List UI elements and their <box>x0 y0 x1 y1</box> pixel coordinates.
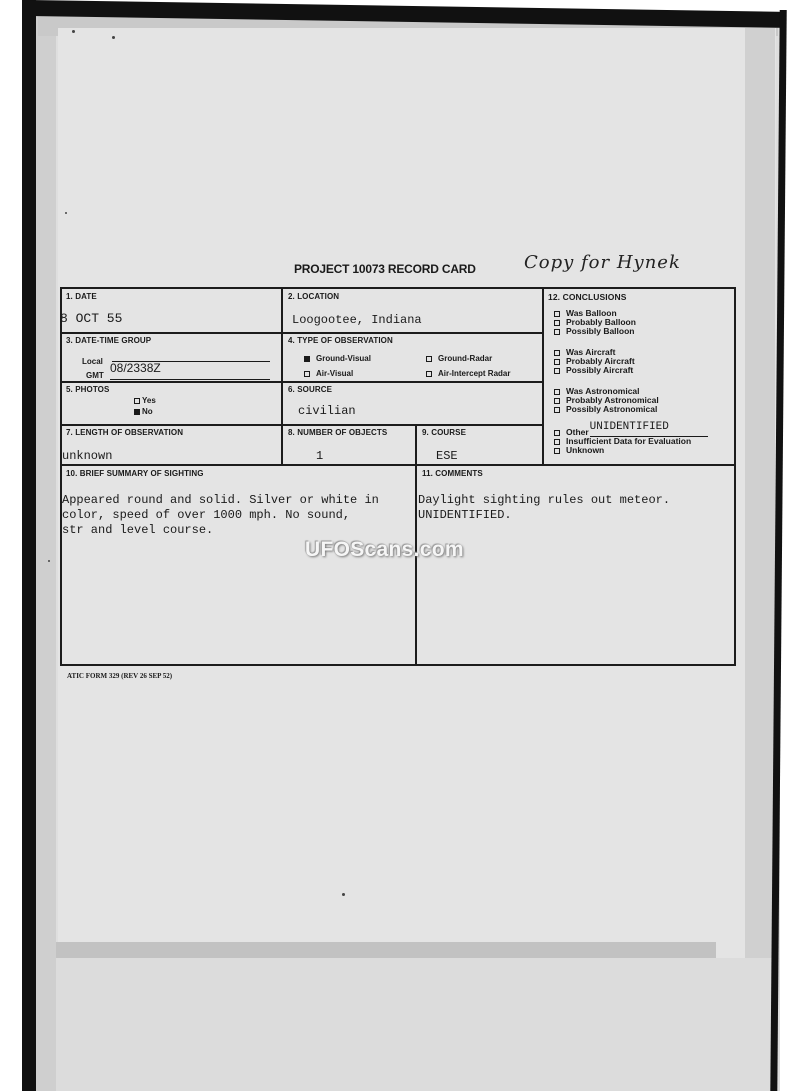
paper-shadow-right <box>745 28 775 968</box>
comments-label: 11. COMMENTS <box>422 469 732 478</box>
checkbox-icon[interactable] <box>554 448 560 454</box>
gmt-row: GMT 08/2338Z <box>86 365 276 381</box>
checkbox-icon[interactable] <box>554 368 560 374</box>
option-air-intercept-radar[interactable]: Air-Intercept Radar <box>426 369 510 378</box>
divider <box>281 289 283 465</box>
comments-text: Daylight sighting rules out meteor. UNID… <box>418 493 732 523</box>
divider <box>62 424 544 426</box>
length-of-observation-value: unknown <box>62 449 183 463</box>
date-time-group-label: 3. DATE-TIME GROUP <box>66 336 276 345</box>
course-field: 9. COURSE ESE <box>422 428 466 463</box>
photos-label: 5. PHOTOS <box>66 385 276 394</box>
checkbox-icon[interactable] <box>554 329 560 335</box>
divider <box>62 332 544 334</box>
date-time-group-field: 3. DATE-TIME GROUP Local GMT 08/2338Z <box>66 336 276 381</box>
checkbox-icon[interactable] <box>426 371 432 377</box>
option-possibly-aircraft[interactable]: Possibly Aircraft <box>554 366 633 375</box>
record-card: 1. DATE 8 OCT 55 2. LOCATION Loogootee, … <box>60 287 736 666</box>
watermark: UFOScans.com <box>305 538 464 562</box>
speck <box>48 560 50 562</box>
brief-summary-text: Appeared round and solid. Silver or whit… <box>62 493 411 538</box>
paper-shadow-bottom <box>56 942 716 958</box>
summary-line: str and level course. <box>62 523 411 538</box>
location-field: 2. LOCATION Loogootee, Indiana <box>288 292 422 327</box>
divider <box>62 464 736 466</box>
number-of-objects-value: 1 <box>316 449 387 463</box>
page-title: PROJECT 10073 RECORD CARD <box>294 262 476 276</box>
brief-summary-label: 10. BRIEF SUMMARY OF SIGHTING <box>66 469 411 478</box>
type-of-observation-label: 4. TYPE OF OBSERVATION <box>288 336 538 345</box>
course-value: ESE <box>436 449 466 463</box>
comments-field: 11. COMMENTS Daylight sighting rules out… <box>422 469 732 523</box>
speck <box>342 893 345 896</box>
course-label: 9. COURSE <box>422 428 466 437</box>
comment-line: Daylight sighting rules out meteor. <box>418 493 732 508</box>
checkbox-icon[interactable] <box>426 356 432 362</box>
checkbox-checked-icon[interactable] <box>304 356 310 362</box>
checkbox-icon[interactable] <box>554 439 560 445</box>
option-ground-visual[interactable]: Ground-Visual <box>304 354 371 363</box>
date-value: 8 OCT 55 <box>60 311 122 326</box>
checkbox-icon[interactable] <box>554 311 560 317</box>
location-label: 2. LOCATION <box>288 292 422 301</box>
divider <box>542 289 544 465</box>
option-ground-radar[interactable]: Ground-Radar <box>426 354 492 363</box>
length-of-observation-label: 7. LENGTH OF OBSERVATION <box>66 428 183 437</box>
comment-line: UNIDENTIFIED. <box>418 508 732 523</box>
type-of-observation-field: 4. TYPE OF OBSERVATION Ground-Visual Gro… <box>288 336 538 380</box>
length-of-observation-field: 7. LENGTH OF OBSERVATION unknown <box>66 428 183 463</box>
scanned-page: PROJECT 10073 RECORD CARD Copy for Hynek… <box>0 0 800 1091</box>
conclusions-field: 12. CONCLUSIONS Was Balloon Probably Bal… <box>548 292 734 462</box>
gmt-label: GMT <box>86 371 104 380</box>
option-unknown[interactable]: Unknown <box>554 446 604 455</box>
paper-shadow-left <box>36 14 56 1091</box>
option-photos-no[interactable]: No <box>134 407 153 416</box>
option-possibly-balloon[interactable]: Possibly Balloon <box>554 327 635 336</box>
option-air-visual[interactable]: Air-Visual <box>304 369 353 378</box>
option-photos-yes[interactable]: Yes <box>134 396 156 405</box>
summary-line: Appeared round and solid. Silver or whit… <box>62 493 411 508</box>
option-possibly-astronomical[interactable]: Possibly Astronomical <box>554 405 657 414</box>
number-of-objects-field: 8. NUMBER OF OBJECTS 1 <box>288 428 387 463</box>
checkbox-icon[interactable] <box>134 398 140 404</box>
gmt-value: 08/2338Z <box>110 361 161 375</box>
speck <box>72 30 75 33</box>
checkbox-icon[interactable] <box>554 320 560 326</box>
speck <box>112 36 115 39</box>
checkbox-checked-icon[interactable] <box>134 409 140 415</box>
date-field: 1. DATE 8 OCT 55 <box>66 292 122 326</box>
scan-edge-left <box>22 0 36 1091</box>
handwritten-note: Copy for Hynek <box>524 252 681 273</box>
brief-summary-field: 10. BRIEF SUMMARY OF SIGHTING Appeared r… <box>66 469 411 538</box>
divider <box>62 381 544 383</box>
number-of-objects-label: 8. NUMBER OF OBJECTS <box>288 428 387 437</box>
other-conclusion-value: UNIDENTIFIED <box>590 423 669 432</box>
photos-field: 5. PHOTOS Yes No <box>66 385 276 423</box>
checkbox-icon[interactable] <box>554 430 560 436</box>
source-label: 6. SOURCE <box>288 385 356 394</box>
conclusions-label: 12. CONCLUSIONS <box>548 292 734 302</box>
checkbox-icon[interactable] <box>304 371 310 377</box>
paper-lower-area <box>56 958 780 1091</box>
checkbox-icon[interactable] <box>554 389 560 395</box>
checkbox-icon[interactable] <box>554 407 560 413</box>
checkbox-icon[interactable] <box>554 359 560 365</box>
form-number: ATIC FORM 329 (REV 26 SEP 52) <box>67 672 172 680</box>
gmt-underline <box>110 379 270 380</box>
date-label: 1. DATE <box>66 292 122 301</box>
location-value: Loogootee, Indiana <box>292 313 422 327</box>
speck <box>65 212 67 214</box>
checkbox-icon[interactable] <box>554 398 560 404</box>
source-value: civilian <box>298 404 356 418</box>
summary-line: color, speed of over 1000 mph. No sound, <box>62 508 411 523</box>
checkbox-icon[interactable] <box>554 350 560 356</box>
source-field: 6. SOURCE civilian <box>288 385 356 418</box>
